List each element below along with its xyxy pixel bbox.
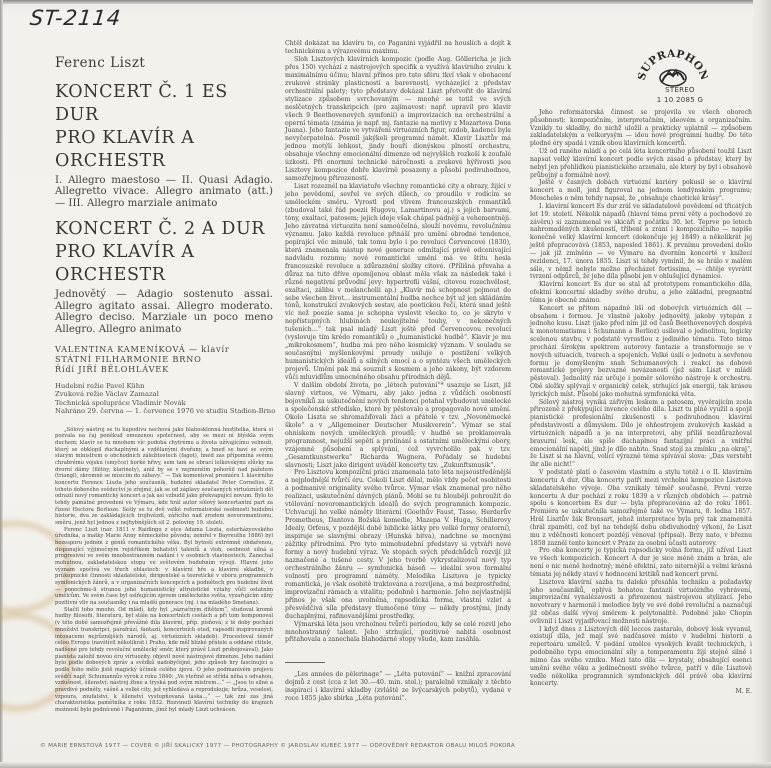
liner-notes-right: Jeho reformátorská činnost se projevila … [530,109,752,696]
paragraph: Pro Lisztovu kompoziční práci znamenala … [285,469,511,620]
paragraph: Už od raného mládí a po celá léta koncer… [530,148,752,179]
copyright-line: © MARIE ERNSTOVÁ 1977 — COVER © JIŘÍ SKA… [40,743,515,749]
liner-notes-left: „Sólový nástroj se tu kupodivu nechová j… [55,427,273,714]
supraphon-lion-emblem-icon: SUPRAPHON [638,40,708,90]
work-1-movements: I. Allegro maestoso — II. Quasi Adagio. … [55,175,273,210]
liner-notes-middle: Chtěl dokázat na klavíru to, co Paganini… [285,40,511,703]
paragraph: Koncert se přitom nápadně liší od dobový… [530,305,752,399]
work-1-title-line1: KONCERT Č. 1 ES DUR [55,81,273,127]
left-column: Ferenc Liszt KONCERT Č. 1 ES DUR PRO KLA… [55,59,273,714]
work-2-movements: Jednovětý — Adagio sostenuto assai. Alle… [55,289,273,335]
paragraph: Lisztova klavírní sazba tu daleko přesáh… [530,579,752,626]
author-signature: M. E. [530,688,752,696]
paragraph: Pro oba koncerty je typická rapsodicky v… [530,547,752,578]
performer-conductor: Řídí JIŘÍ BĚLOHLÁVEK [55,364,273,374]
paragraph: Klavírní koncert Es dur se stal až proto… [530,281,752,304]
handwritten-catalog-number: ST-2114 [29,6,123,30]
paragraph: I když dnes z Lisztových děl leccos zast… [530,626,752,689]
footnote-divider [285,662,325,663]
catalog-number: 1 10 2085 G [650,96,710,104]
record-sleeve-back: ST-2114 SUPRAPHON STEREO 1 10 2085 G Fer… [0,0,771,768]
credit-sound-director: Zvuková režie Václav Zamazal [55,390,273,398]
paragraph: Chtěl dokázat na klavíru to, co Paganini… [285,40,511,56]
work-2-title-line2: PRO KLAVÍR A ORCHESTR [55,241,273,287]
paragraph: Ferenc Liszt (nar. 1811 v Raidingu z otc… [55,527,273,607]
composer-name: Ferenc Liszt [55,59,273,69]
sleeve-bottom-edge [0,762,771,768]
credit-recording-date: Nahráno 29. června — 1. července 1976 ve… [55,407,273,415]
work-2-title-line1: KONCERT Č. 2 A DUR [55,218,273,241]
sleeve-right-edge [753,0,771,768]
sleeve-top-edge [0,0,771,4]
credit-technical: Technická spolupráce Vladimír Novák [55,399,273,407]
paragraph: Sólový nástroj vyniká zářivým leskem a p… [530,399,752,469]
performers: VALENTINA KAMENÍKOVÁ — klavír STÁTNÍ FIL… [55,344,273,374]
paragraph: V podstatě platí o časovém vlastním a st… [530,469,752,547]
credit-music-director: Hudební režie Pavel Kühn [55,382,273,390]
paragraph: I. klavírní koncert Es dur zrál ve sklad… [530,203,752,281]
paragraph: Sloh Lisztových klavírních kompozic (pod… [285,56,511,183]
stereo-label: STEREO [660,86,700,94]
performer-orchestra: STÁTNÍ FILHARMONIE BRNO [55,354,273,364]
paragraph: Stačil toho mnoho. Od mládí, kdy byl „zá… [55,607,273,714]
paragraph: Výmarská léta jsou vrcholnou tvůrčí peri… [285,621,511,645]
paragraph: Liszt rozeznél na klaviatuře všechny rom… [285,183,511,382]
recording-credits: Hudební režie Pavel Kühn Zvuková režie V… [55,382,273,416]
paragraph: Jeho reformátorská činnost se projevila … [530,109,752,148]
work-1-title-line2: PRO KLAVÍR A ORCHESTR [55,127,273,173]
paragraph: Ještě v časných dobách virtuózní kariéry… [530,179,752,202]
footnote: „Les années de pèlerinage“ — „Léta putov… [285,671,511,703]
paragraph: V dalším období života, po „létech putov… [285,382,511,469]
paragraph: „Sólový nástroj se tu kupodivu nechová j… [55,427,273,527]
performer-soloist: VALENTINA KAMENÍKOVÁ — klavír [55,344,273,354]
